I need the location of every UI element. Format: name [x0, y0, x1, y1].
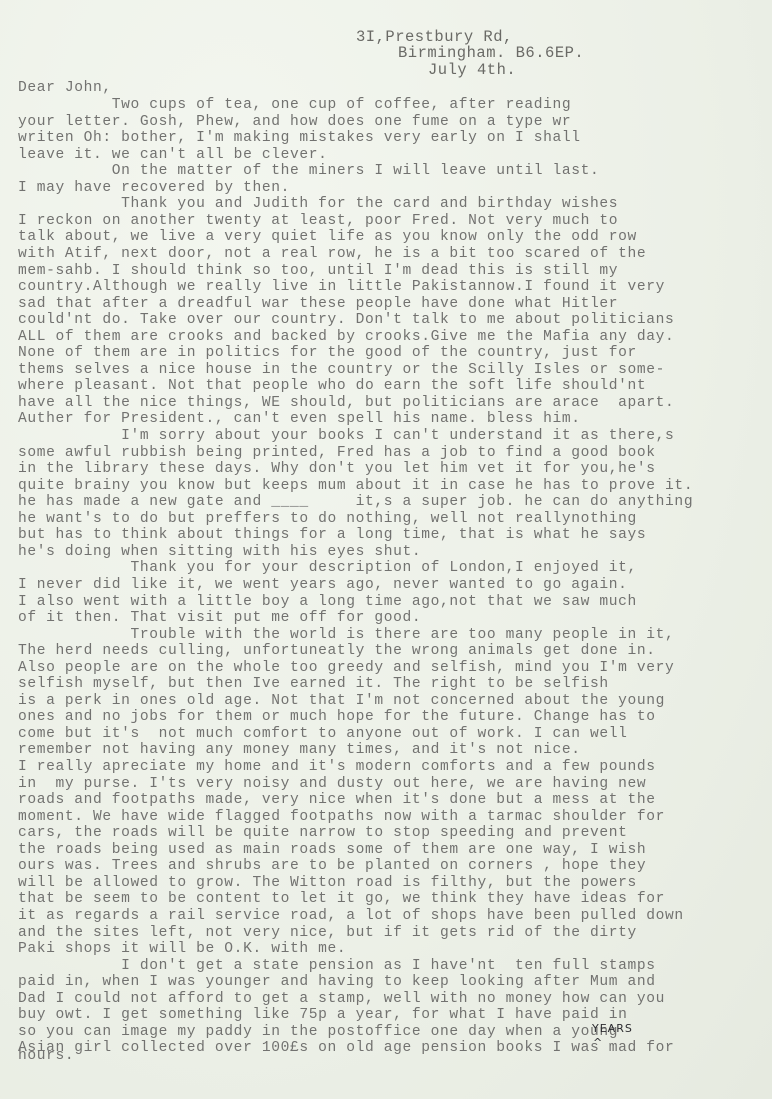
letter-line: could'nt do. Take over our country. Don'…: [18, 312, 674, 328]
letter-line: some awful rubbish being printed, Fred h…: [18, 445, 656, 461]
letter-line: Also people are on the whole too greedy …: [18, 660, 674, 676]
letter-line: Thank you for your description of London…: [18, 560, 637, 576]
letter-line: thems selves a nice house in the country…: [18, 362, 665, 378]
letter-line: Two cups of tea, one cup of coffee, afte…: [18, 97, 571, 113]
letter-line: On the matter of the miners I will leave…: [18, 163, 599, 179]
letter-line: of it then. That visit put me off for go…: [18, 610, 421, 626]
letter-line: is a perk in ones old age. Not that I'm …: [18, 693, 665, 709]
letter-line: it as regards a rail service road, a lot…: [18, 908, 684, 924]
letter-line: Dad I could not afford to get a stamp, w…: [18, 991, 665, 1007]
letter-line: cars, the roads will be quite narrow to …: [18, 825, 628, 841]
letter-line: will be allowed to grow. The Witton road…: [18, 875, 637, 891]
letter-line: writen Oh: bother, I'm making mistakes v…: [18, 130, 581, 146]
letter-line: the roads being used as main roads some …: [18, 842, 646, 858]
letter-line: have all the nice things, WE should, but…: [18, 395, 674, 411]
letter-line: your letter. Gosh, Phew, and how does on…: [18, 114, 571, 130]
letter-line: buy owt. I get something like 75p a year…: [18, 1007, 628, 1023]
letter-line: he want's to do but preffers to do nothi…: [18, 511, 637, 527]
letter-line: remember not having any money many times…: [18, 742, 581, 758]
letter-line: sad that after a dreadful war these peop…: [18, 296, 618, 312]
letter-line: None of them are in politics for the goo…: [18, 345, 637, 361]
letter-page: 3I,Prestbury Rd, Birmingham. B6.6EP. Jul…: [0, 0, 772, 1099]
letter-line: ours was. Trees and shrubs are to be pla…: [18, 858, 646, 874]
handwritten-insert: YEARS: [592, 1022, 633, 1035]
letter-line: roads and footpaths made, very nice when…: [18, 792, 656, 808]
letter-line: I never did like it, we went years ago, …: [18, 577, 628, 593]
letter-line: selfish myself, but then Ive earned it. …: [18, 676, 609, 692]
letter-line: The herd needs culling, unfortuneatly th…: [18, 643, 656, 659]
letter-line: Paki shops it will be O.K. with me.: [18, 941, 346, 957]
letter-line: come but it's not much comfort to anyone…: [18, 726, 628, 742]
letter-line: talk about, we live a very quiet life as…: [18, 229, 637, 245]
letter-line: in my purse. I'ts very noisy and dusty o…: [18, 776, 646, 792]
letter-line: so you can image my paddy in the postoff…: [18, 1024, 618, 1040]
letter-line: I don't get a state pension as I have'nt…: [18, 958, 656, 974]
letter-line: I'm sorry about your books I can't under…: [18, 428, 674, 444]
letter-line: where pleasant. Not that people who do e…: [18, 378, 646, 394]
letter-line: Asian girl collected over 100£s on old a…: [18, 1040, 674, 1056]
letter-line: Thank you and Judith for the card and bi…: [18, 196, 618, 212]
letter-line: country.Although we really live in littl…: [18, 279, 665, 295]
letter-line: and the sites left, not very nice, but i…: [18, 925, 637, 941]
letter-line: but has to think about things for a long…: [18, 527, 646, 543]
letter-date: July 4th.: [428, 61, 516, 79]
letter-line: mem-sahb. I should think so too, until I…: [18, 263, 618, 279]
letter-line: I really apreciate my home and it's mode…: [18, 759, 656, 775]
letter-line: ALL of them are crooks and backed by cro…: [18, 329, 674, 345]
letter-line: quite brainy you know but keeps mum abou…: [18, 478, 693, 494]
letter-line: leave it. we can't all be clever.: [18, 147, 327, 163]
letter-line: he's doing when sitting with his eyes sh…: [18, 544, 421, 560]
letter-line: that be seem to be content to let it go,…: [18, 891, 665, 907]
letter-line: Trouble with the world is there are too …: [18, 627, 674, 643]
letter-line: he has made a new gate and ____ it,s a s…: [18, 494, 693, 510]
address-line-2: Birmingham. B6.6EP.: [398, 44, 584, 62]
insert-caret: ^: [593, 1036, 602, 1049]
letter-line: paid in, when I was younger and having t…: [18, 974, 656, 990]
letter-line: ones and no jobs for them or much hope f…: [18, 709, 656, 725]
letter-line: in the library these days. Why don't you…: [18, 461, 656, 477]
letter-line: I also went with a little boy a long tim…: [18, 594, 637, 610]
letter-line: with Atif, next door, not a real row, he…: [18, 246, 646, 262]
letter-line: hours.: [18, 1048, 74, 1064]
letter-line: I may have recovered by then.: [18, 180, 290, 196]
letter-line: Auther for President., can't even spell …: [18, 411, 581, 427]
letter-line: I reckon on another twenty at least, poo…: [18, 213, 618, 229]
letter-line: moment. We have wide flagged footpaths n…: [18, 809, 665, 825]
salutation: Dear John,: [18, 80, 112, 96]
